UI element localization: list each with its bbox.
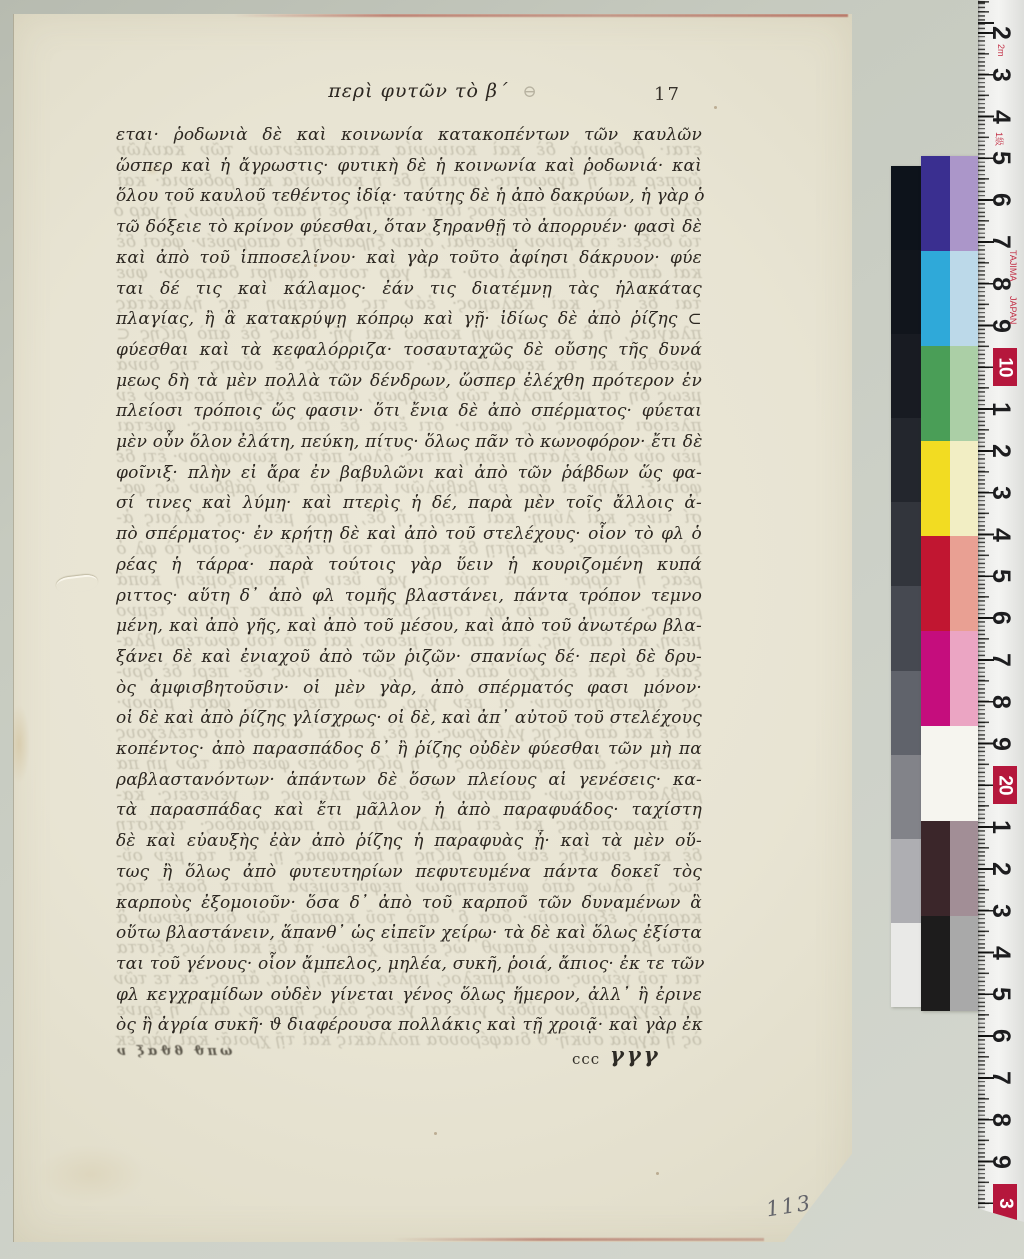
grayscale-step <box>891 334 922 418</box>
color-patch <box>950 536 980 631</box>
patch-row <box>921 156 980 251</box>
patch-row <box>921 631 980 726</box>
ruler-number: 8 <box>986 687 1016 717</box>
manuscript-line: κοπέντος· ἀπὸ παρασπάδος δ᾽ ἢ ῥίζης οὐδὲ… <box>116 735 702 764</box>
ruler-number-highlighted: 20 <box>993 766 1017 804</box>
ruler-number: 8 <box>986 1105 1016 1135</box>
manuscript-line: ται δέ τις καὶ κάλαμος· ἐάν τις διατέμνῃ… <box>116 274 702 303</box>
showthrough-ornament: ⊖ <box>523 82 538 102</box>
manuscript-line: ται τοῦ γένους· οἷον ἄμπελος, μηλέα, συκ… <box>116 950 702 979</box>
manuscript-line: ὸς ἀμφισβητοῦσιν· οἱ μὲν γὰρ, ἀπὸ σπέρμα… <box>116 673 702 702</box>
ruler-country-label: JAPAN <box>1008 296 1018 324</box>
red-edge-stain-top <box>234 14 848 17</box>
ruler-number-label: 10 <box>994 358 1016 377</box>
manuscript-line: ὅλου τοῦ καυλοῦ τεθέντος ἰδίᾳ· ταύτης δὲ… <box>116 182 702 211</box>
manuscript-line: ξάνει δὲ καὶ ἐνιαχοῦ ἀπὸ τῶν ῥιζῶν· σπαν… <box>116 643 702 672</box>
patch-row <box>921 441 980 536</box>
foxing-stain <box>36 1144 146 1204</box>
ruler-number: 6 <box>986 185 1016 215</box>
color-patch <box>950 346 980 441</box>
color-patch <box>950 821 980 916</box>
photo-stage: περὶ φυτῶν τὸ β´⊖ 17 εται· ῥοδωνιὰ δὲ κα… <box>0 0 1024 1259</box>
ruler-number: 7 <box>986 1063 1016 1093</box>
ruler-number-highlighted: 3 <box>993 1184 1017 1222</box>
foxing-speck <box>434 1132 437 1135</box>
ink-offset-stain: ωπϑ ϐϑαξ ν <box>114 1044 232 1059</box>
ruler-number: 3 <box>986 60 1016 90</box>
manuscript-line: ὥσπερ καὶ ἡ ἄγρωστις· φυτικὴ δὲ ἡ κοινων… <box>116 151 702 180</box>
pencil-foliation-number: 113 <box>764 1191 813 1222</box>
manuscript-line: μεως δὴ τὰ μὲν πολλὰ τῶν δένδρων, ὥσπερ … <box>116 366 702 395</box>
manuscript-line: φοῖνιξ· πλὴν εἰ ἄρα ἐν βαβυλῶνι καὶ ἀπὸ … <box>116 458 702 487</box>
grayscale-step <box>891 250 922 334</box>
color-calibration-bar <box>921 156 980 1011</box>
running-header: περὶ φυτῶν τὸ β´⊖ <box>14 80 852 102</box>
ruler-number-highlighted: 10 <box>993 348 1017 386</box>
grayscale-step <box>891 923 922 1007</box>
manuscript-line: ρέας ἡ τάρρα· παρὰ τούτοις γὰρ ὕειν ἡ κο… <box>116 550 702 579</box>
ruler-number: 5 <box>986 143 1016 173</box>
manuscript-line: εται· ῥοδωνιὰ δὲ καὶ κοινωνία κατακοπέντ… <box>116 121 702 150</box>
manuscript-line: φλ κεγχραμίδων οὐδὲν γίνεται γένος ὅλως … <box>116 980 702 1009</box>
color-patch <box>921 631 950 726</box>
ruler-number: 5 <box>986 979 1016 1009</box>
foxing-speck <box>314 264 317 267</box>
manuscript-line: οἱ δὲ καὶ ἀπὸ ῥίζης γλίσχρως· οἱ δὲ, καὶ… <box>116 704 702 733</box>
color-patch <box>921 441 950 536</box>
grayscale-step <box>891 671 922 755</box>
manuscript-line: τῶ δόξειε τὸ κρίνον φύεσθαι, ὅταν ξηρανθ… <box>116 213 702 242</box>
grayscale-step <box>891 502 922 586</box>
ruler-number: 6 <box>986 1021 1016 1051</box>
grayscale-step <box>891 839 922 923</box>
ruler-number-label: 20 <box>994 776 1016 795</box>
grayscale-wedge <box>891 166 922 1007</box>
manuscript-line: καρποὺς ἐξομοιοῦν· ὅσα δ᾽ ἀπὸ τοῦ καρποῦ… <box>116 888 702 917</box>
ruler-number: 5 <box>986 561 1016 591</box>
ruler-number-label: 3 <box>994 1199 1016 1209</box>
patch-row <box>921 536 980 631</box>
color-patch <box>921 821 950 916</box>
edge-stain <box>8 704 30 784</box>
manuscript-line: πλείοσι τρόποις ὥς φασιν· ὅτι ἔνια δὲ ἀπ… <box>116 397 702 426</box>
color-patch <box>921 916 950 1011</box>
color-patch <box>921 536 950 631</box>
color-patch <box>950 251 980 346</box>
foxing-speck <box>656 1172 659 1175</box>
grayscale-step <box>891 755 922 839</box>
color-patch <box>950 156 980 251</box>
color-patch <box>950 441 980 536</box>
signature-mark-greek: γγγ <box>610 1042 661 1067</box>
ruler-number: 3 <box>986 896 1016 926</box>
ruler-number: 4 <box>986 102 1016 132</box>
manuscript-page: περὶ φυτῶν τὸ β´⊖ 17 εται· ῥοδωνιὰ δὲ κα… <box>13 14 852 1242</box>
grayscale-step <box>891 166 922 250</box>
grayscale-step <box>891 418 922 502</box>
ruler-number: 4 <box>986 520 1016 550</box>
patch-row <box>921 346 980 441</box>
manuscript-line: ριττος· αὕτη δ᾽ ἀπὸ φλ τομῆς βλαστάνει, … <box>116 581 702 610</box>
patch-row <box>921 251 980 346</box>
patch-row <box>921 726 980 821</box>
manuscript-line: πλαγίας, ἢ ἃ κατακρύψῃ κόπρῳ καὶ γῇ· ἰδί… <box>116 305 702 334</box>
color-patch <box>950 631 980 726</box>
ruler-number: 4 <box>986 938 1016 968</box>
ruler-grade-label: 1級 <box>993 132 1006 146</box>
manuscript-line: φύεσθαι καὶ τὰ κεφαλόρριζα· τοσαυταχῶς δ… <box>116 336 702 365</box>
ruler-number: 2 <box>986 854 1016 884</box>
manuscript-line: μὲν οὖν ὅλον ἐλάτη, πεύκη, πίτυς· ὅλως π… <box>116 428 702 457</box>
patch-row <box>921 821 980 916</box>
ruler-number: 1 <box>986 812 1016 842</box>
manuscript-line: οὕτω βλαστάνειν, ἅπανθ᾽ ὡς εἰπεῖν χείρω·… <box>116 919 702 948</box>
ruler-meter-label: 2m <box>996 44 1006 57</box>
color-patch <box>921 251 950 346</box>
text-block: εται· ῥοδωνιὰ δὲ καὶ κοινωνία κατακοπέντ… <box>116 120 702 1041</box>
grayscale-step <box>891 586 922 670</box>
ruler-brand-label: TAJIMA <box>1008 250 1018 281</box>
ruler-number: 1 <box>986 394 1016 424</box>
ruler-number: 3 <box>986 478 1016 508</box>
color-patch <box>921 346 950 441</box>
ruler-number: 6 <box>986 603 1016 633</box>
manuscript-line: τως ἢ ὅλως ἀπὸ φυτευτηρίων πεφυτευμένα π… <box>116 857 702 886</box>
signature-mark-latin: ccc <box>572 1050 600 1068</box>
patch-row <box>921 916 980 1011</box>
ruler-number: 9 <box>986 729 1016 759</box>
manuscript-line: ὸς ἢ ἀγρία συκῆ· ϑ διαφέρουσα πολλάκις κ… <box>116 1011 702 1040</box>
color-patch <box>950 916 980 1011</box>
page-number: 17 <box>654 84 681 105</box>
color-patch-white <box>921 726 980 821</box>
manuscript-line: μένη, καὶ ἀπὸ γῆς, καὶ ἀπὸ τοῦ μέσου, κα… <box>116 612 702 641</box>
cm-ruler: 2345678910123456789201234567893 2m 1級 TA… <box>978 0 1024 1222</box>
manuscript-line: τὰ παρασπάδας καὶ ἔτι μᾶλλον ἡ ἀπὸ παραφ… <box>116 796 702 825</box>
ruler-number: 7 <box>986 645 1016 675</box>
color-patch <box>921 156 950 251</box>
manuscript-line: δὲ καὶ εὐαυξὴς ἐὰν ἀπὸ ῥίζης ἡ παραφυὰς … <box>116 827 702 856</box>
ruler-number: 9 <box>986 1147 1016 1177</box>
manuscript-line: ραβλαστανόντων· ἁπάντων δὲ ὅσων πλείους … <box>116 765 702 794</box>
red-edge-stain-bottom <box>394 1238 764 1241</box>
ruler-number: 2 <box>986 436 1016 466</box>
manuscript-line: καὶ ἀπὸ τοῦ ἱπποσελίνου· καὶ γὰρ τοῦτο ἀ… <box>116 243 702 272</box>
manuscript-line: πὸ σπέρματος· ἐν κρήτῃ δὲ καὶ ἀπὸ τοῦ στ… <box>116 520 702 549</box>
manuscript-line: σί τινες καὶ λύμη· καὶ πτερὶς ἡ δέ, παρὰ… <box>116 489 702 518</box>
running-title: περὶ φυτῶν τὸ β´ <box>328 80 508 102</box>
paper-fiber <box>55 574 99 595</box>
foxing-speck <box>714 106 717 109</box>
